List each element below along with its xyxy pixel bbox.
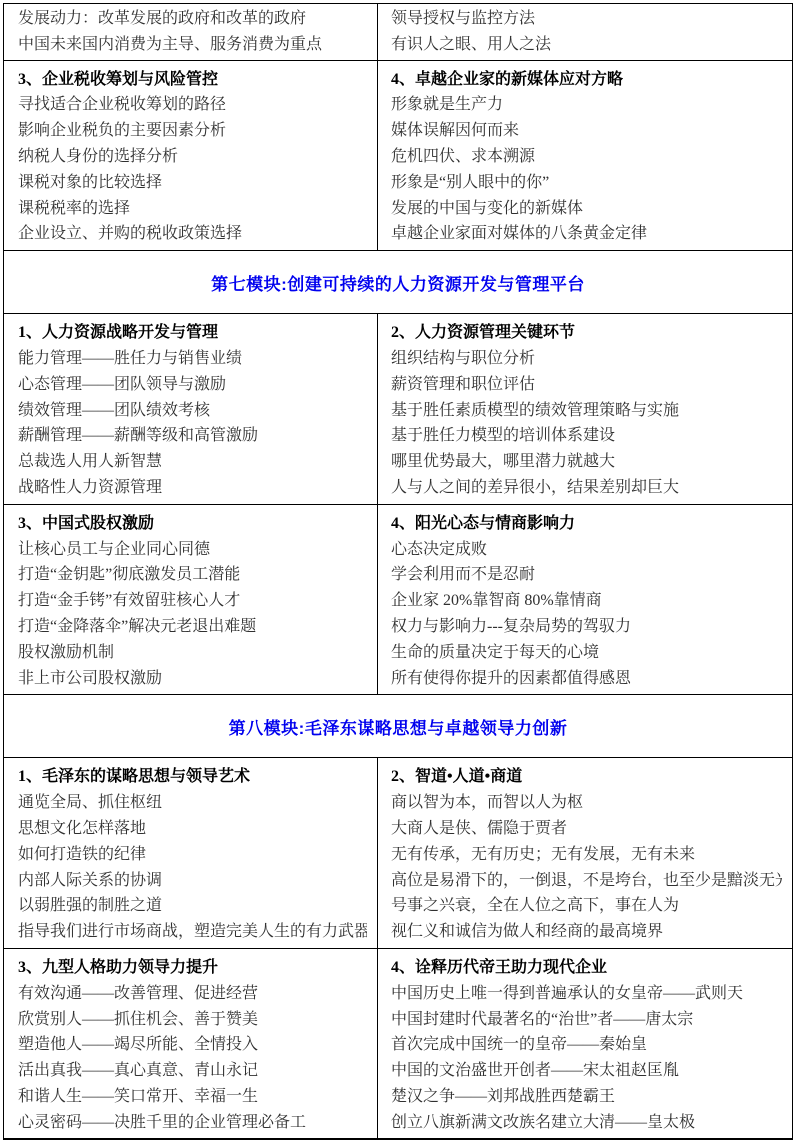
- outline-line: 创立八旗新满文改族名建立大清——皇太极: [391, 1110, 782, 1136]
- document-page: 发展动力：改革发展的政府和改革的政府中国未来国内消费为主导、服务消费为重点领导授…: [0, 0, 800, 1144]
- outline-line: 商以智为本，而智以人为枢: [391, 790, 782, 816]
- section-heading: 4、卓越企业家的新媒体应对方略: [391, 67, 782, 93]
- outline-line: 组织结构与职位分析: [391, 346, 782, 372]
- outline-line: 权力与影响力---复杂局势的驾驭力: [391, 614, 782, 640]
- outline-line: 中国封建时代最著名的“治世”者——唐太宗: [391, 1007, 782, 1033]
- outline-line: 心灵密码——决胜千里的企业管理必备工: [18, 1110, 367, 1136]
- outline-line: 薪资管理和职位评估: [391, 372, 782, 398]
- outline-line: 心态管理——团队领导与激励: [18, 372, 367, 398]
- section-heading: 3、企业税收筹划与风险管控: [18, 67, 367, 93]
- table-cell-right: 2、人力资源管理关键环节组织结构与职位分析薪资管理和职位评估基于胜任素质模型的绩…: [378, 314, 792, 504]
- course-outline-table: 发展动力：改革发展的政府和改革的政府中国未来国内消费为主导、服务消费为重点领导授…: [3, 3, 793, 1140]
- outline-line: 无有传承，无有历史；无有发展，无有未来: [391, 842, 782, 868]
- outline-line: 活出真我——真心真意、青山永记: [18, 1058, 367, 1084]
- outline-line: 形象就是生产力: [391, 92, 782, 118]
- section-heading: 1、人力资源战略开发与管理: [18, 320, 367, 346]
- outline-line: 塑造他人——竭尽所能、全情投入: [18, 1032, 367, 1058]
- outline-line: 让核心员工与企业同心同德: [18, 537, 367, 563]
- table-cell-left: 发展动力：改革发展的政府和改革的政府中国未来国内消费为主导、服务消费为重点: [4, 4, 378, 60]
- table-cell-right: 2、智道•人道•商道商以智为本，而智以人为枢大商人是侠、儒隐于贾者无有传承，无有…: [378, 758, 792, 948]
- outline-line: 指导我们进行市场商战，塑造完美人生的有力武器: [18, 919, 367, 945]
- table-row: 3、企业税收筹划与风险管控寻找适合企业税收筹划的路径影响企业税负的主要因素分析纳…: [4, 61, 792, 252]
- outline-line: 有效沟通——改善管理、促进经营: [18, 981, 367, 1007]
- table-cell-right: 4、诠释历代帝王助力现代企业中国历史上唯一得到普遍承认的女皇帝——武则天中国封建…: [378, 949, 792, 1139]
- outline-line: 媒体误解因何而来: [391, 118, 782, 144]
- table-cell-left: 1、毛泽东的谋略思想与领导艺术通览全局、抓住枢纽思想文化怎样落地如何打造铁的纪律…: [4, 758, 378, 948]
- outline-line: 大商人是侠、儒隐于贾者: [391, 816, 782, 842]
- outline-line: 发展的中国与变化的新媒体: [391, 196, 782, 222]
- outline-line: 高位是易滑下的，一倒退，不是垮台，也至少是黯淡无光: [391, 868, 782, 894]
- outline-line: 人与人之间的差异很小，结果差别却巨大: [391, 475, 782, 501]
- section-heading: 2、人力资源管理关键环节: [391, 320, 782, 346]
- outline-line: 企业家 20%靠智商 80%靠情商: [391, 588, 782, 614]
- section-heading: 3、九型人格助力领导力提升: [18, 955, 367, 981]
- outline-line: 所有使得你提升的因素都值得感恩: [391, 666, 782, 692]
- outline-line: 中国的文治盛世开创者——宋太祖赵匡胤: [391, 1058, 782, 1084]
- outline-line: 号事之兴衰，全在人位之高下，事在人为: [391, 893, 782, 919]
- outline-line: 视仁义和诚信为做人和经商的最高境界: [391, 919, 782, 945]
- outline-line: 卓越企业家面对媒体的八条黄金定律: [391, 221, 782, 247]
- section-heading: 3、中国式股权激励: [18, 511, 367, 537]
- table-row: 1、人力资源战略开发与管理能力管理——胜任力与销售业绩心态管理——团队领导与激励…: [4, 314, 792, 505]
- outline-line: 以弱胜强的制胜之道: [18, 893, 367, 919]
- outline-line: 哪里优势最大，哪里潜力就越大: [391, 449, 782, 475]
- outline-line: 思想文化怎样落地: [18, 816, 367, 842]
- outline-line: 生命的质量决定于每天的心境: [391, 640, 782, 666]
- table-cell-left: 3、九型人格助力领导力提升有效沟通——改善管理、促进经营欣赏别人——抓住机会、善…: [4, 949, 378, 1139]
- outline-line: 基于胜任力模型的培训体系建设: [391, 423, 782, 449]
- outline-line: 战略性人力资源管理: [18, 475, 367, 501]
- outline-line: 心态决定成败: [391, 537, 782, 563]
- section-heading: 1、毛泽东的谋略思想与领导艺术: [18, 764, 367, 790]
- outline-line: 打造“金降落伞”解决元老退出难题: [18, 614, 367, 640]
- outline-line: 打造“金钥匙”彻底激发员工潜能: [18, 562, 367, 588]
- outline-line: 绩效管理——团队绩效考核: [18, 398, 367, 424]
- outline-line: 如何打造铁的纪律: [18, 842, 367, 868]
- outline-line: 楚汉之争——刘邦战胜西楚霸王: [391, 1084, 782, 1110]
- outline-line: 欣赏别人——抓住机会、善于赞美: [18, 1007, 367, 1033]
- outline-line: 首次完成中国统一的皇帝——秦始皇: [391, 1032, 782, 1058]
- outline-line: 寻找适合企业税收筹划的路径: [18, 92, 367, 118]
- outline-line: 中国历史上唯一得到普遍承认的女皇帝——武则天: [391, 981, 782, 1007]
- table-cell-left: 1、人力资源战略开发与管理能力管理——胜任力与销售业绩心态管理——团队领导与激励…: [4, 314, 378, 504]
- outline-line: 和谐人生——笑口常开、幸福一生: [18, 1084, 367, 1110]
- outline-line: 危机四伏、求本溯源: [391, 144, 782, 170]
- outline-line: 有识人之眼、用人之法: [391, 32, 782, 58]
- section-heading: 4、诠释历代帝王助力现代企业: [391, 955, 782, 981]
- outline-line: 形象是“别人眼中的你”: [391, 170, 782, 196]
- outline-line: 企业设立、并购的税收政策选择: [18, 221, 367, 247]
- module-title: 第七模块:创建可持续的人力资源开发与管理平台: [211, 270, 585, 295]
- table-row: 3、中国式股权激励让核心员工与企业同心同德打造“金钥匙”彻底激发员工潜能打造“金…: [4, 505, 792, 696]
- outline-line: 非上市公司股权激励: [18, 666, 367, 692]
- outline-line: 能力管理——胜任力与销售业绩: [18, 346, 367, 372]
- outline-line: 打造“金手铐”有效留驻核心人才: [18, 588, 367, 614]
- outline-line: 基于胜任素质模型的绩效管理策略与实施: [391, 398, 782, 424]
- table-row: 3、九型人格助力领导力提升有效沟通——改善管理、促进经营欣赏别人——抓住机会、善…: [4, 949, 792, 1139]
- outline-line: 通览全局、抓住枢纽: [18, 790, 367, 816]
- table-row: 发展动力：改革发展的政府和改革的政府中国未来国内消费为主导、服务消费为重点领导授…: [4, 4, 792, 61]
- table-cell-right: 4、卓越企业家的新媒体应对方略形象就是生产力媒体误解因何而来危机四伏、求本溯源形…: [378, 61, 792, 251]
- outline-line: 中国未来国内消费为主导、服务消费为重点: [18, 32, 367, 58]
- outline-line: 内部人际关系的协调: [18, 868, 367, 894]
- outline-line: 纳税人身份的选择分析: [18, 144, 367, 170]
- outline-line: 总裁选人用人新智慧: [18, 449, 367, 475]
- outline-line: 薪酬管理——薪酬等级和高管激励: [18, 423, 367, 449]
- table-cell-right: 4、阳光心态与情商影响力心态决定成败学会利用而不是忍耐企业家 20%靠智商 80…: [378, 505, 792, 695]
- module-title-row: 第八模块:毛泽东谋略思想与卓越领导力创新: [4, 695, 792, 758]
- outline-line: 课税对象的比较选择: [18, 170, 367, 196]
- module-title-row: 第七模块:创建可持续的人力资源开发与管理平台: [4, 251, 792, 314]
- outline-line: 影响企业税负的主要因素分析: [18, 118, 367, 144]
- table-cell-left: 3、企业税收筹划与风险管控寻找适合企业税收筹划的路径影响企业税负的主要因素分析纳…: [4, 61, 378, 251]
- outline-line: 领导授权与监控方法: [391, 6, 782, 32]
- outline-line: 发展动力：改革发展的政府和改革的政府: [18, 6, 367, 32]
- section-heading: 2、智道•人道•商道: [391, 764, 782, 790]
- table-cell-right: 领导授权与监控方法有识人之眼、用人之法: [378, 4, 792, 60]
- table-cell-left: 3、中国式股权激励让核心员工与企业同心同德打造“金钥匙”彻底激发员工潜能打造“金…: [4, 505, 378, 695]
- outline-line: 股权激励机制: [18, 640, 367, 666]
- section-heading: 4、阳光心态与情商影响力: [391, 511, 782, 537]
- outline-line: 学会利用而不是忍耐: [391, 562, 782, 588]
- table-row: 1、毛泽东的谋略思想与领导艺术通览全局、抓住枢纽思想文化怎样落地如何打造铁的纪律…: [4, 758, 792, 949]
- module-title: 第八模块:毛泽东谋略思想与卓越领导力创新: [229, 714, 568, 739]
- outline-line: 课税税率的选择: [18, 196, 367, 222]
